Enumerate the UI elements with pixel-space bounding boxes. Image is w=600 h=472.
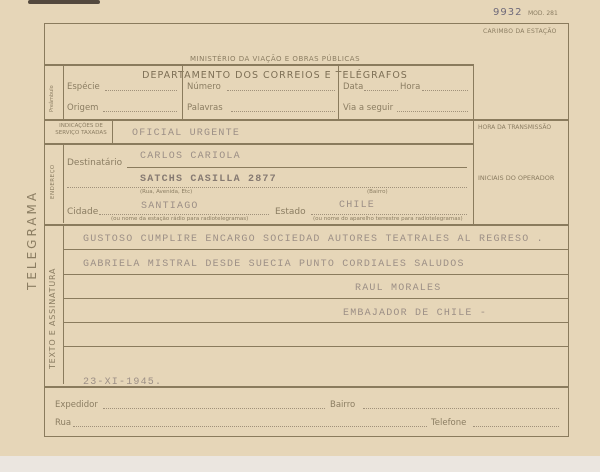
preamble-label-divider — [63, 66, 64, 119]
model-number: MOD. 281 — [528, 10, 558, 17]
preamble-top-line — [45, 64, 473, 66]
text-rule-2 — [63, 274, 568, 275]
text-bottom-line — [45, 386, 568, 388]
signature-name: RAUL MORALES — [355, 283, 441, 294]
street-field[interactable] — [67, 187, 467, 188]
estado-field[interactable] — [311, 214, 467, 215]
telefone-field[interactable] — [473, 426, 559, 427]
hora-label: Hora — [400, 82, 420, 92]
hora-field[interactable] — [422, 90, 468, 91]
address-label-divider — [63, 145, 64, 223]
especie-field[interactable] — [105, 90, 177, 91]
street-hint: (Rua, Avenida, Etc) — [140, 189, 192, 195]
ministry-title: MINISTÉRIO DA VIAÇÃO E OBRAS PÚBLICAS — [45, 55, 505, 63]
estado-hint: (ou nome do aparelho terrestre para radi… — [313, 216, 463, 222]
form-number: 9932 — [493, 7, 522, 18]
numero-field[interactable] — [227, 90, 335, 91]
cidade-hint: (ou nome da estação rádio para radiotele… — [111, 216, 248, 222]
street-value: SATCHS CASILLA 2877 — [140, 174, 277, 185]
bairro-label: Bairro — [330, 400, 355, 410]
data-label: Data — [343, 82, 363, 92]
data-field[interactable] — [364, 90, 398, 91]
preamble-section-label: Preâmbulo — [49, 85, 55, 112]
department-title: DEPARTAMENTO DOS CORREIOS E TELÉGRAFOS — [45, 70, 505, 81]
expedidor-label: Expedidor — [55, 400, 98, 410]
service-indications-label: INDICAÇÕES DE SERVIÇO TAXADAS — [51, 123, 111, 137]
handwritten-scribble — [28, 0, 100, 4]
text-rule-3 — [63, 298, 568, 299]
via-label: Via a seguir — [343, 103, 393, 113]
destinatario-label: Destinatário — [67, 158, 122, 168]
text-line-1: GUSTOSO CUMPLIRE ENCARGO SOCIEDAD AUTORE… — [83, 234, 544, 245]
stamp-column-divider — [473, 64, 474, 225]
bairro-field[interactable] — [363, 408, 559, 409]
origem-field[interactable] — [103, 111, 177, 112]
rua-field[interactable] — [73, 426, 427, 427]
expedidor-field[interactable] — [103, 408, 325, 409]
preamble-bottom-line — [45, 119, 568, 121]
service-label-divider — [112, 121, 113, 143]
form-frame: MINISTÉRIO DA VIAÇÃO E OBRAS PÚBLICAS DE… — [44, 23, 569, 437]
address-bottom-line — [45, 224, 568, 226]
preamble-divider-1 — [182, 66, 183, 119]
bairro-hint: (Bairro) — [367, 189, 388, 195]
destinatario-value: CARLOS CARIOLA — [140, 151, 241, 162]
address-section-label: ENDEREÇO — [50, 164, 56, 199]
text-rule-4 — [63, 322, 568, 323]
origem-label: Origem — [67, 103, 98, 113]
text-line-2: GABRIELA MISTRAL DESDE SUECIA PUNTO CORD… — [83, 259, 465, 270]
operator-initials-label: INICIAIS DO OPERADOR — [478, 174, 554, 182]
numero-label: Número — [187, 82, 221, 92]
palavras-field[interactable] — [231, 111, 335, 112]
rua-label: Rua — [55, 418, 71, 428]
cidade-label: Cidade — [67, 207, 98, 217]
transmission-time-label: HORA DA TRANSMISSÃO — [478, 124, 551, 131]
estado-label: Estado — [275, 207, 306, 217]
signature-title: EMBAJADOR DE CHILE - — [343, 308, 487, 319]
telegram-form: 9932 MOD. 281 CARIMBO DA ESTAÇÃO TELEGRA… — [0, 0, 600, 456]
telefone-label: Telefone — [431, 418, 466, 428]
telegram-side-title: TELEGRAMA — [25, 190, 39, 290]
estado-value: CHILE — [339, 200, 375, 211]
via-field[interactable] — [397, 111, 468, 112]
text-section-label: TEXTO E ASSINATURA — [48, 268, 57, 369]
service-indications-value: OFICIAL URGENTE — [132, 128, 240, 139]
preamble-divider-2 — [338, 66, 339, 119]
palavras-label: Palavras — [187, 103, 223, 113]
cidade-value: SANTIAGO — [141, 201, 199, 212]
text-rule-5 — [63, 346, 568, 347]
especie-label: Espécie — [67, 82, 100, 92]
cidade-field[interactable] — [99, 214, 269, 215]
text-rule-1 — [63, 249, 568, 250]
service-bottom-line — [45, 143, 473, 145]
destinatario-field[interactable] — [127, 167, 467, 168]
